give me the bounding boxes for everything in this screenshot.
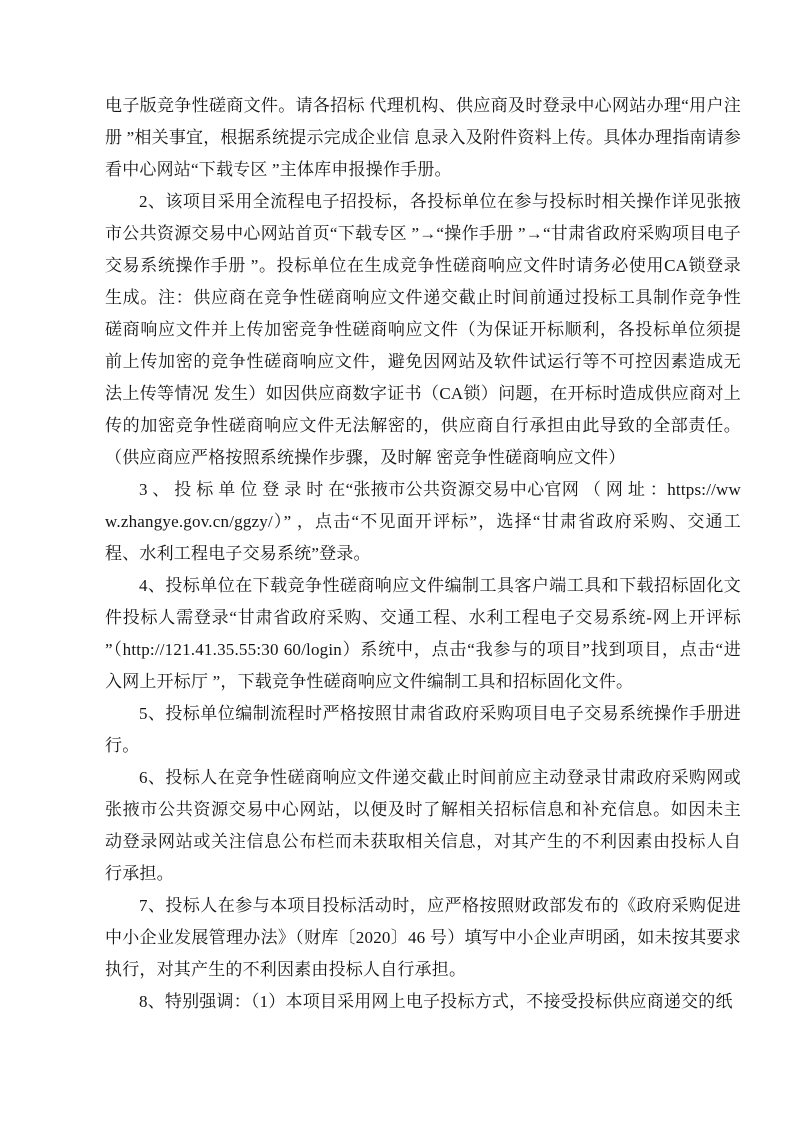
document-body: 电子版竞争性磋商文件。请各招标 代理机构、供应商及时登录中心网站办理“用户注册 … <box>105 90 741 1018</box>
paragraph-item-7: 7、投标人在参与本项目投标活动时，应严格按照财政部发布的《政府采购促进中小企业发… <box>105 890 741 986</box>
paragraph-item-2: 2、该项目采用全流程电子招投标，各投标单位在参与投标时相关操作详见张掖市公共资源… <box>105 186 741 474</box>
paragraph-item-4: 4、投标单位在下载竞争性磋商响应文件编制工具客户端工具和下载招标固化文件投标人需… <box>105 570 741 698</box>
paragraph-item-3: 3 、 投 标 单 位 登 录 时 在“张掖市公共资源交易中心官网 （ 网 址 … <box>105 474 741 570</box>
document-page: 电子版竞争性磋商文件。请各招标 代理机构、供应商及时登录中心网站办理“用户注册 … <box>0 0 793 1122</box>
paragraph-item-5: 5、投标单位编制流程时严格按照甘肃省政府采购项目电子交易系统操作手册进行。 <box>105 698 741 762</box>
paragraph-item-8: 8、特别强调：（1）本项目采用网上电子投标方式，不接受投标供应商递交的纸 <box>105 986 741 1018</box>
paragraph-item-6: 6、投标人在竞争性磋商响应文件递交截止时间前应主动登录甘肃政府采购网或张掖市公共… <box>105 762 741 890</box>
paragraph-continuation: 电子版竞争性磋商文件。请各招标 代理机构、供应商及时登录中心网站办理“用户注册 … <box>105 90 741 186</box>
